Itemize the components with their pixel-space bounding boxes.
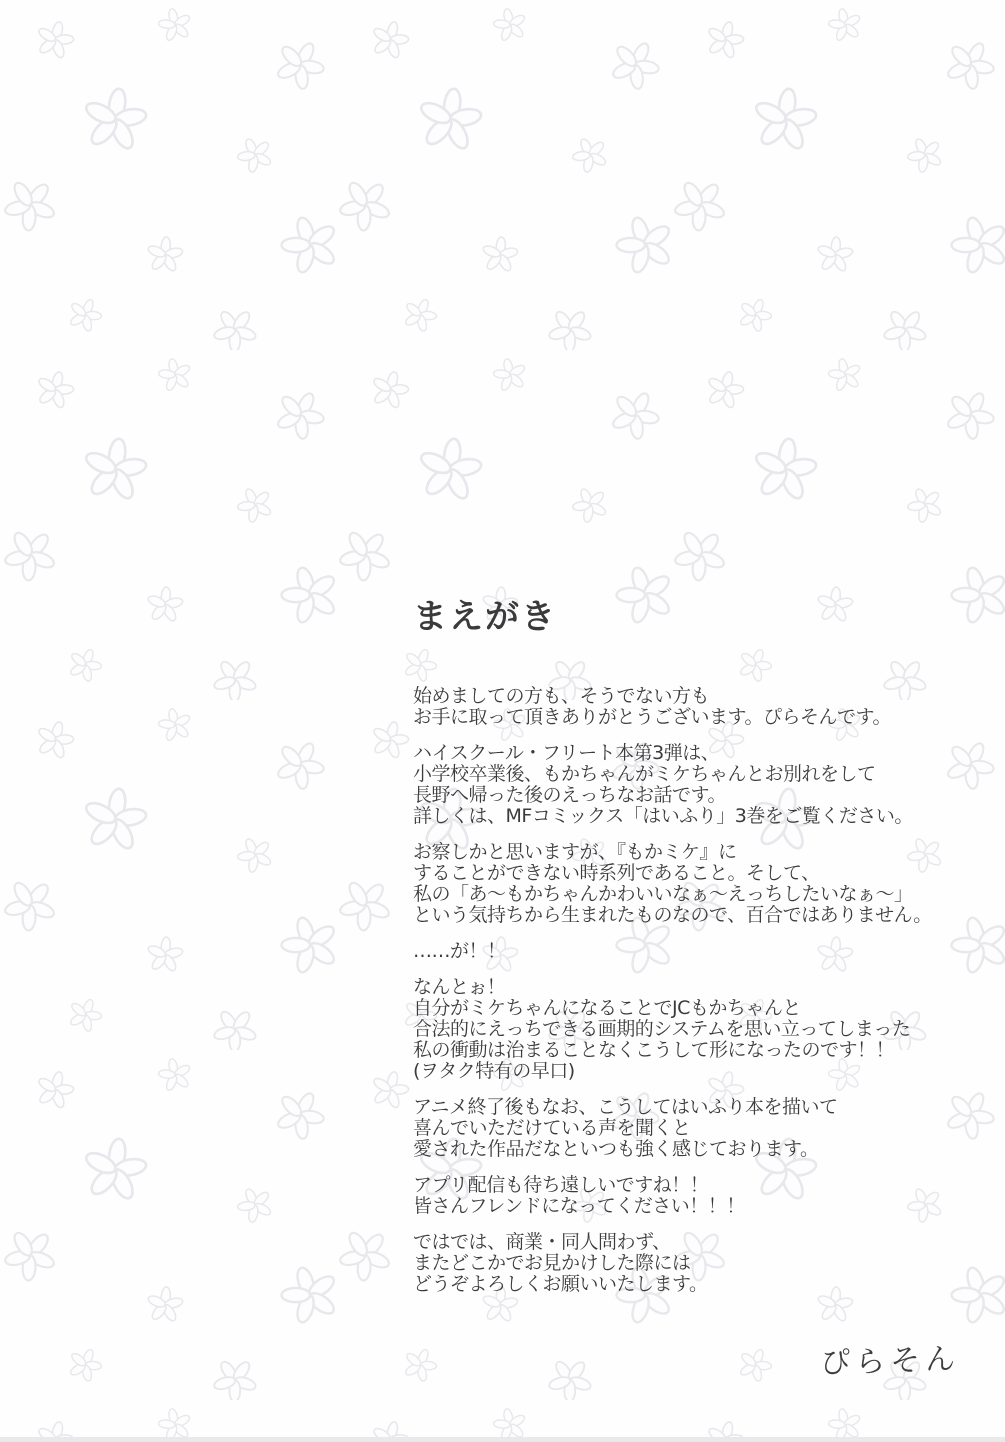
author-signature: ぴらそん (819, 1334, 960, 1383)
paragraph: ハイスクール・フリート本第3弾は、小学校卒業後、もかちゃんがミケちゃんとお別れを… (413, 743, 932, 827)
scan-bottom-edge (0, 1437, 1005, 1442)
page-title: まえがき (413, 598, 932, 636)
paragraph: 始めましての方も、そうでない方もお手に取って頂きありがとうございます。ぴらそんで… (413, 686, 932, 728)
doujinshi-foreword-page: まえがき 始めましての方も、そうでない方もお手に取って頂きありがとうございます。… (0, 0, 1005, 1442)
paragraph: アプリ配信も待ち遠しいですね！！皆さんフレンドになってください！！！ (413, 1175, 932, 1217)
paragraph: なんとぉ！自分がミケちゃんになることでJCもかちゃんと合法的にえっちできる画期的… (413, 977, 932, 1082)
paragraph: ではでは、商業・同人問わず、またどこかでお見かけした際にはどうぞよろしくお願いい… (413, 1232, 932, 1295)
paragraph: お察しかと思いますが、『もかミケ』にすることができない時系列であること。そして、… (413, 842, 932, 926)
foreword-content: まえがき 始めましての方も、そうでない方もお手に取って頂きありがとうございます。… (413, 598, 932, 1310)
paragraph: ……が！！ (413, 941, 932, 962)
foreword-body: 始めましての方も、そうでない方もお手に取って頂きありがとうございます。ぴらそんで… (413, 686, 932, 1295)
paragraph: アニメ終了後もなお、こうしてはいふり本を描いて喜んでいただけている声を聞くと愛さ… (413, 1097, 932, 1160)
